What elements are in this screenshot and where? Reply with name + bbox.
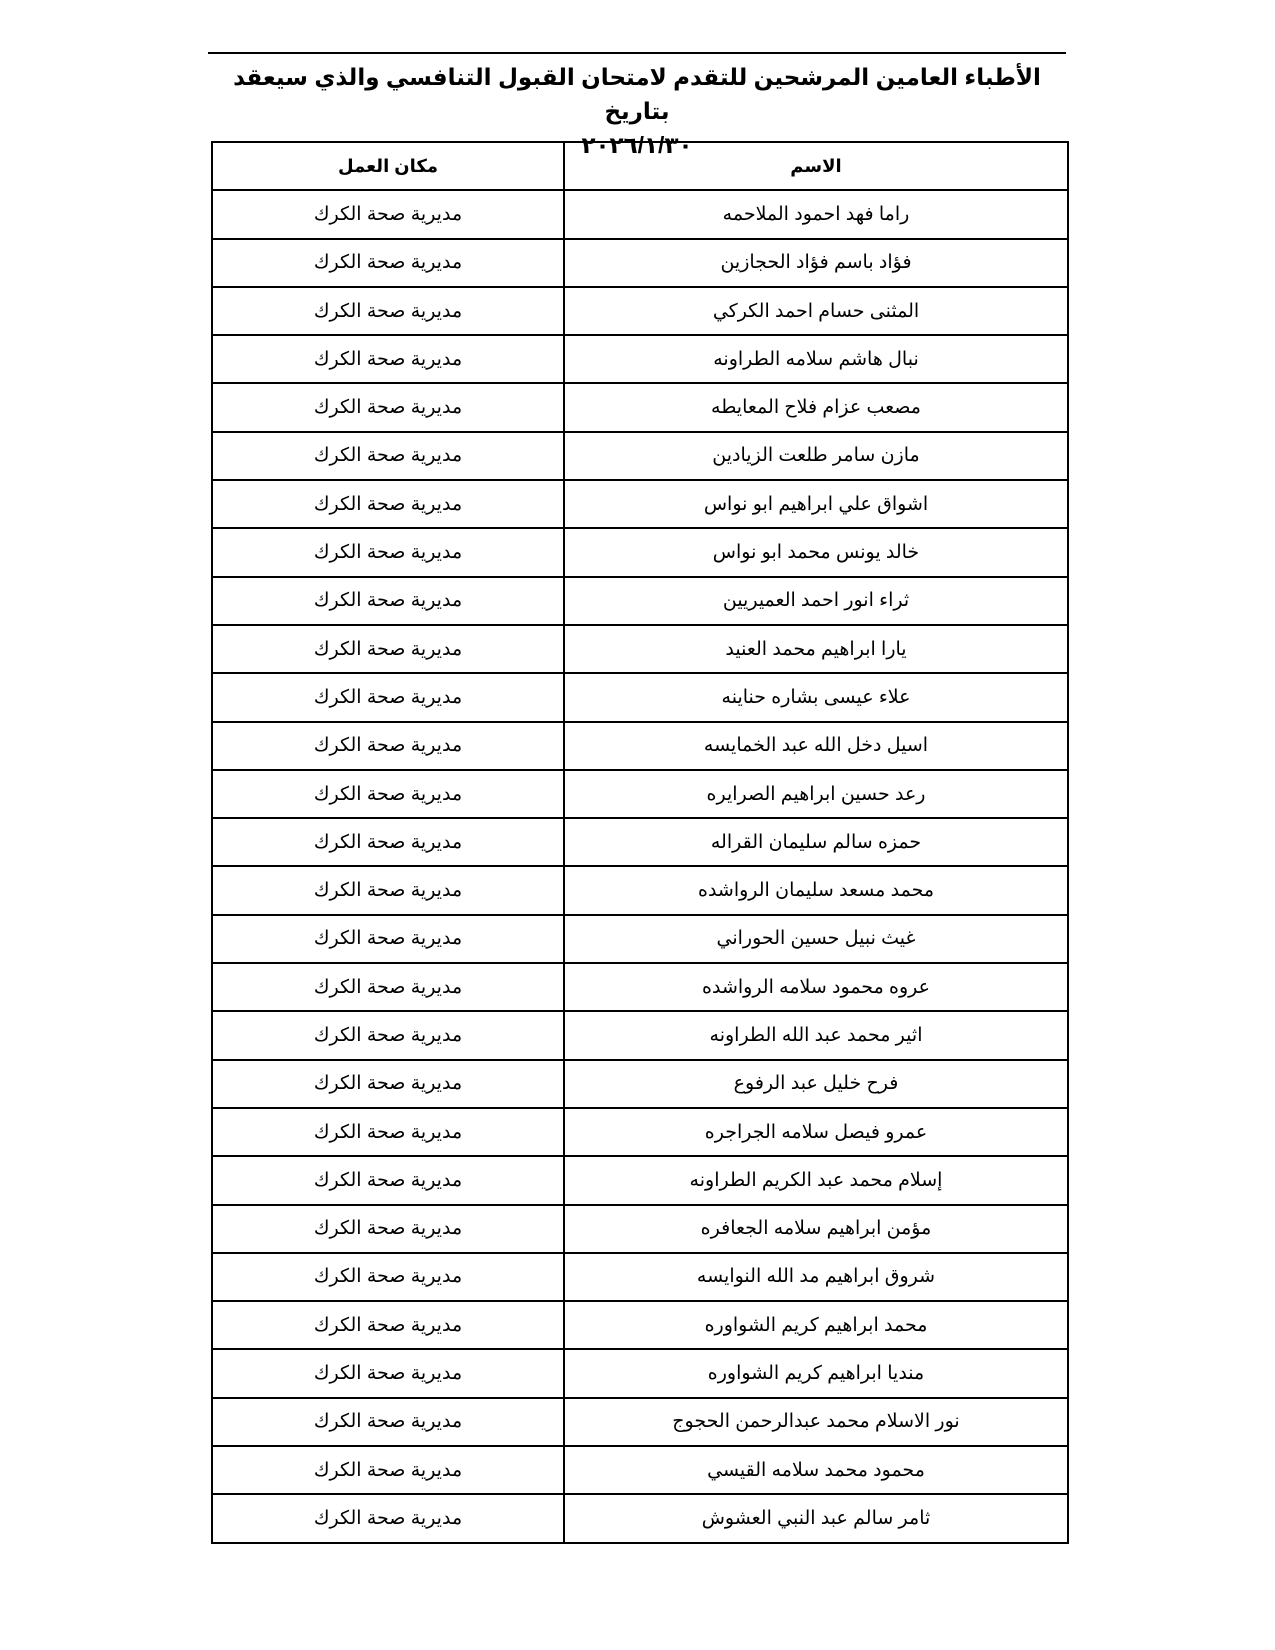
candidates-table: الاسم مكان العمل راما فهد احمود الملاحمه… bbox=[211, 141, 1069, 1544]
table-body: راما فهد احمود الملاحمهمديرية صحة الكركف… bbox=[212, 190, 1068, 1542]
cell-workplace: مديرية صحة الكرك bbox=[212, 1301, 564, 1349]
table-row: نبال هاشم سلامه الطراونهمديرية صحة الكرك bbox=[212, 335, 1068, 383]
table-row: علاء عيسى بشاره حناينهمديرية صحة الكرك bbox=[212, 673, 1068, 721]
table-row: نور الاسلام محمد عبدالرحمن الحجوجمديرية … bbox=[212, 1398, 1068, 1446]
cell-name: رعد حسين ابراهيم الصرايره bbox=[564, 770, 1068, 818]
cell-name: مازن سامر طلعت الزيادين bbox=[564, 432, 1068, 480]
cell-name: ثراء انور احمد العميريين bbox=[564, 577, 1068, 625]
cell-name: ثامر سالم عبد النبي العشوش bbox=[564, 1494, 1068, 1542]
header-name: الاسم bbox=[564, 142, 1068, 190]
table-row: ثامر سالم عبد النبي العشوشمديرية صحة الك… bbox=[212, 1494, 1068, 1542]
cell-name: مصعب عزام فلاح المعايطه bbox=[564, 383, 1068, 431]
top-rule-divider bbox=[208, 52, 1066, 54]
cell-workplace: مديرية صحة الكرك bbox=[212, 1446, 564, 1494]
cell-name: نبال هاشم سلامه الطراونه bbox=[564, 335, 1068, 383]
table-row: مازن سامر طلعت الزيادينمديرية صحة الكرك bbox=[212, 432, 1068, 480]
cell-name: غيث نبيل حسين الحوراني bbox=[564, 915, 1068, 963]
cell-workplace: مديرية صحة الكرك bbox=[212, 963, 564, 1011]
cell-name: شروق ابراهيم مد الله النوايسه bbox=[564, 1253, 1068, 1301]
table-row: اثير محمد عبد الله الطراونهمديرية صحة ال… bbox=[212, 1011, 1068, 1059]
cell-workplace: مديرية صحة الكرك bbox=[212, 335, 564, 383]
cell-name: فؤاد باسم فؤاد الحجازين bbox=[564, 239, 1068, 287]
cell-workplace: مديرية صحة الكرك bbox=[212, 1349, 564, 1397]
table-row: إسلام محمد عبد الكريم الطراونهمديرية صحة… bbox=[212, 1156, 1068, 1204]
cell-name: منديا ابراهيم كريم الشواوره bbox=[564, 1349, 1068, 1397]
cell-workplace: مديرية صحة الكرك bbox=[212, 818, 564, 866]
cell-name: محمد مسعد سليمان الرواشده bbox=[564, 866, 1068, 914]
cell-workplace: مديرية صحة الكرك bbox=[212, 190, 564, 238]
cell-name: عروه محمود سلامه الرواشده bbox=[564, 963, 1068, 1011]
table-row: محمد ابراهيم كريم الشواورهمديرية صحة الك… bbox=[212, 1301, 1068, 1349]
table-row: المثنى حسام احمد الكركيمديرية صحة الكرك bbox=[212, 287, 1068, 335]
cell-name: فرح خليل عبد الرفوع bbox=[564, 1060, 1068, 1108]
cell-workplace: مديرية صحة الكرك bbox=[212, 1253, 564, 1301]
cell-workplace: مديرية صحة الكرك bbox=[212, 1108, 564, 1156]
table-row: رعد حسين ابراهيم الصرايرهمديرية صحة الكر… bbox=[212, 770, 1068, 818]
cell-workplace: مديرية صحة الكرك bbox=[212, 432, 564, 480]
cell-workplace: مديرية صحة الكرك bbox=[212, 1205, 564, 1253]
cell-name: اشواق علي ابراهيم ابو نواس bbox=[564, 480, 1068, 528]
table-row: محمد مسعد سليمان الرواشدهمديرية صحة الكر… bbox=[212, 866, 1068, 914]
cell-workplace: مديرية صحة الكرك bbox=[212, 722, 564, 770]
table-row: ثراء انور احمد العميريينمديرية صحة الكرك bbox=[212, 577, 1068, 625]
cell-name: محمد ابراهيم كريم الشواوره bbox=[564, 1301, 1068, 1349]
cell-name: اسيل دخل الله عبد الخمايسه bbox=[564, 722, 1068, 770]
cell-workplace: مديرية صحة الكرك bbox=[212, 528, 564, 576]
table-row: فرح خليل عبد الرفوعمديرية صحة الكرك bbox=[212, 1060, 1068, 1108]
table-row: عروه محمود سلامه الرواشدهمديرية صحة الكر… bbox=[212, 963, 1068, 1011]
table-row: فؤاد باسم فؤاد الحجازينمديرية صحة الكرك bbox=[212, 239, 1068, 287]
table-row: خالد يونس محمد ابو نواسمديرية صحة الكرك bbox=[212, 528, 1068, 576]
cell-name: المثنى حسام احمد الكركي bbox=[564, 287, 1068, 335]
table-row: اسيل دخل الله عبد الخمايسهمديرية صحة الك… bbox=[212, 722, 1068, 770]
cell-name: علاء عيسى بشاره حناينه bbox=[564, 673, 1068, 721]
cell-workplace: مديرية صحة الكرك bbox=[212, 1398, 564, 1446]
table-row: غيث نبيل حسين الحورانيمديرية صحة الكرك bbox=[212, 915, 1068, 963]
cell-workplace: مديرية صحة الكرك bbox=[212, 1011, 564, 1059]
cell-workplace: مديرية صحة الكرك bbox=[212, 1060, 564, 1108]
cell-name: خالد يونس محمد ابو نواس bbox=[564, 528, 1068, 576]
cell-name: اثير محمد عبد الله الطراونه bbox=[564, 1011, 1068, 1059]
cell-name: حمزه سالم سليمان القراله bbox=[564, 818, 1068, 866]
cell-name: يارا ابراهيم محمد العنيد bbox=[564, 625, 1068, 673]
cell-name: إسلام محمد عبد الكريم الطراونه bbox=[564, 1156, 1068, 1204]
cell-workplace: مديرية صحة الكرك bbox=[212, 480, 564, 528]
table-row: راما فهد احمود الملاحمهمديرية صحة الكرك bbox=[212, 190, 1068, 238]
table-row: يارا ابراهيم محمد العنيدمديرية صحة الكرك bbox=[212, 625, 1068, 673]
table-row: حمزه سالم سليمان القرالهمديرية صحة الكرك bbox=[212, 818, 1068, 866]
table-row: اشواق علي ابراهيم ابو نواسمديرية صحة الك… bbox=[212, 480, 1068, 528]
cell-workplace: مديرية صحة الكرك bbox=[212, 1494, 564, 1542]
table-row: عمرو فيصل سلامه الجراجرهمديرية صحة الكرك bbox=[212, 1108, 1068, 1156]
table-row: منديا ابراهيم كريم الشواورهمديرية صحة ال… bbox=[212, 1349, 1068, 1397]
table-row: مصعب عزام فلاح المعايطهمديرية صحة الكرك bbox=[212, 383, 1068, 431]
header-workplace: مكان العمل bbox=[212, 142, 564, 190]
title-line-1: الأطباء العامين المرشحين للتقدم لامتحان … bbox=[208, 60, 1066, 128]
cell-name: مؤمن ابراهيم سلامه الجعافره bbox=[564, 1205, 1068, 1253]
cell-name: محمود محمد سلامه القيسي bbox=[564, 1446, 1068, 1494]
cell-name: راما فهد احمود الملاحمه bbox=[564, 190, 1068, 238]
cell-workplace: مديرية صحة الكرك bbox=[212, 915, 564, 963]
cell-workplace: مديرية صحة الكرك bbox=[212, 770, 564, 818]
cell-workplace: مديرية صحة الكرك bbox=[212, 866, 564, 914]
cell-workplace: مديرية صحة الكرك bbox=[212, 577, 564, 625]
table-row: شروق ابراهيم مد الله النوايسهمديرية صحة … bbox=[212, 1253, 1068, 1301]
table-row: مؤمن ابراهيم سلامه الجعافرهمديرية صحة ال… bbox=[212, 1205, 1068, 1253]
cell-name: نور الاسلام محمد عبدالرحمن الحجوج bbox=[564, 1398, 1068, 1446]
table-row: محمود محمد سلامه القيسيمديرية صحة الكرك bbox=[212, 1446, 1068, 1494]
cell-workplace: مديرية صحة الكرك bbox=[212, 1156, 564, 1204]
cell-workplace: مديرية صحة الكرك bbox=[212, 673, 564, 721]
cell-workplace: مديرية صحة الكرك bbox=[212, 287, 564, 335]
cell-workplace: مديرية صحة الكرك bbox=[212, 383, 564, 431]
table-header-row: الاسم مكان العمل bbox=[212, 142, 1068, 190]
cell-workplace: مديرية صحة الكرك bbox=[212, 239, 564, 287]
cell-workplace: مديرية صحة الكرك bbox=[212, 625, 564, 673]
cell-name: عمرو فيصل سلامه الجراجره bbox=[564, 1108, 1068, 1156]
